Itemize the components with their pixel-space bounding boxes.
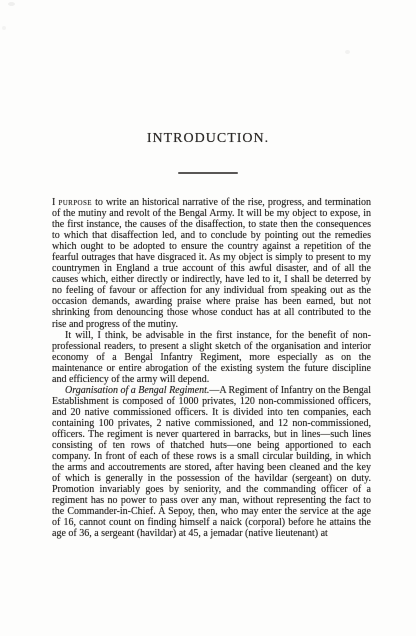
book-page: INTRODUCTION. I purpose to write an hist… [0,0,416,636]
body-text: I purpose to write an historical narrati… [52,197,371,539]
scan-speck [2,26,6,30]
title-divider [178,172,238,174]
text-segment-normal: It will, I think, be advisable in the fi… [52,330,371,385]
text-segment-italic: Organisation of a Bengal Regiment. [65,385,209,396]
text-segment-normal: —A Regiment of Infantry on the Bengal Es… [52,385,371,540]
paragraph: Organisation of a Bengal Regiment.—A Reg… [52,385,371,540]
text-segment-smallcaps: purpose [58,197,92,208]
page-title: INTRODUCTION. [0,131,416,147]
paragraph: I purpose to write an historical narrati… [52,197,371,330]
scan-speck [345,50,350,54]
scan-speck [8,2,15,6]
text-segment-normal: to write an historical narrative of the … [52,197,371,330]
paragraph: It will, I think, be advisable in the fi… [52,330,371,385]
